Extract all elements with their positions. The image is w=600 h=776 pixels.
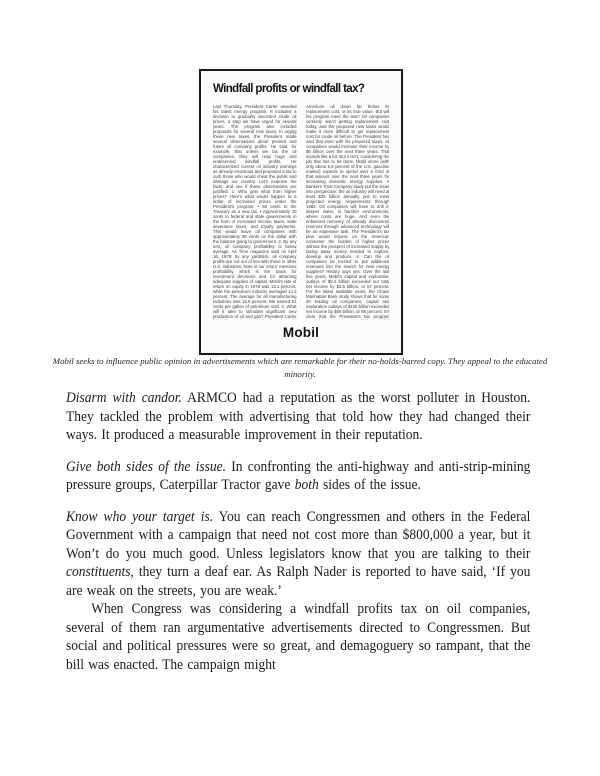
body-paragraph: Give both sides of the issue. In confron…: [66, 458, 530, 495]
figure-caption: Mobil seeks to influence public opinion …: [40, 355, 560, 381]
roman-text: sides of the issue.: [319, 477, 421, 493]
body-paragraph: Disarm with candor. ARMCO had a reputati…: [66, 389, 530, 445]
book-page: Windfall profits or windfall tax? Last T…: [0, 0, 600, 776]
mobil-logo: Mobil: [213, 325, 389, 340]
italic-lead-text: Give both sides of the issue.: [66, 459, 226, 475]
ad-column-right: American oil down far below its replacem…: [306, 104, 390, 320]
mobil-ad-figure: Windfall profits or windfall tax? Last T…: [197, 67, 405, 357]
italic-lead-text: Know who your target is.: [66, 509, 213, 525]
body-paragraph: When Congress was considering a windfall…: [66, 600, 530, 674]
ad-body-columns: Last Thursday, President Carter unveiled…: [213, 104, 389, 320]
ad-column-left: Last Thursday, President Carter unveiled…: [213, 104, 297, 320]
ad-column-right-text: American oil down far below its replacem…: [306, 104, 390, 320]
mobil-ad-clipping: Windfall profits or windfall tax? Last T…: [199, 69, 403, 355]
ad-column-left-text: Last Thursday, President Carter unveiled…: [213, 104, 297, 320]
roman-text: When Congress was considering a windfall…: [66, 601, 530, 673]
italic-lead-text: Disarm with candor.: [66, 390, 182, 406]
roman-text: , they turn a deaf ear. As Ralph Nader i…: [66, 564, 530, 599]
body-text: Disarm with candor. ARMCO had a reputati…: [66, 389, 530, 674]
body-paragraph: Know who your target is. You can reach C…: [66, 508, 530, 601]
italic-lead-text: both: [295, 477, 319, 493]
italic-lead-text: constituents: [66, 564, 131, 580]
ad-headline: Windfall profits or windfall tax?: [213, 83, 389, 95]
